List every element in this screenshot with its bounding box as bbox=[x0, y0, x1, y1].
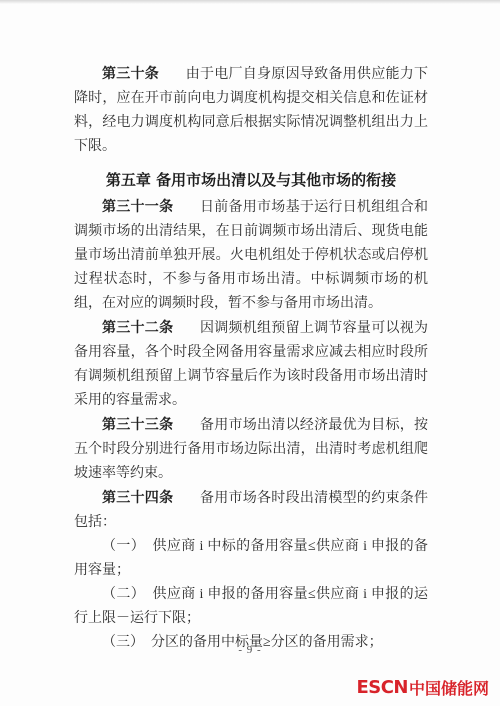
article-31-text: 日前备用市场基于运行日机组组合和调频市场的出清结果，在日前调频市场出清后、现货电… bbox=[74, 200, 428, 311]
chapter-5-heading: 第五章 备用市场出清以及与其他市场的衔接 bbox=[74, 168, 428, 192]
article-33-paragraph: 第三十三条备用市场出清以经济最优为目标，按五个时段分别进行备用市场边际出清，出清… bbox=[74, 413, 428, 486]
clause-item-2: （二） 供应商 i 申报的备用容量≤供应商 i 申报的运行上限－运行下限； bbox=[74, 583, 428, 631]
escn-logo: ESCN中国储能网 bbox=[356, 676, 489, 699]
page-number: - 9 - bbox=[0, 644, 500, 656]
document-page: 第三十条由于电厂自身原因导致备用供应能力下降时，应在开市前向电力调度机构提交相关… bbox=[0, 0, 500, 706]
article-33-number: 第三十三条 bbox=[102, 417, 173, 433]
article-32-number: 第三十二条 bbox=[102, 320, 173, 336]
article-30-number: 第三十条 bbox=[102, 66, 159, 82]
article-31-paragraph: 第三十一条日前备用市场基于运行日机组组合和调频市场的出清结果，在日前调频市场出清… bbox=[74, 195, 428, 316]
article-32-paragraph: 第三十二条因调频机组预留上调节容量可以视为备用容量，各个时段全网备用容量需求应减… bbox=[74, 316, 428, 413]
clause-item-1: （一） 供应商 i 中标的备用容量≤供应商 i 申报的备用容量； bbox=[74, 535, 428, 583]
article-30-paragraph: 第三十条由于电厂自身原因导致备用供应能力下降时，应在开市前向电力调度机构提交相关… bbox=[74, 62, 428, 159]
document-body: 第三十条由于电厂自身原因导致备用供应能力下降时，应在开市前向电力调度机构提交相关… bbox=[74, 62, 428, 655]
escn-logo-latin: ESCN bbox=[356, 677, 408, 698]
scan-edge bbox=[0, 0, 500, 4]
article-34-number: 第三十四条 bbox=[102, 490, 173, 506]
escn-logo-chinese: 中国储能网 bbox=[409, 679, 489, 698]
article-31-number: 第三十一条 bbox=[102, 199, 173, 215]
article-34-paragraph: 第三十四条备用市场各时段出清模型的约束条件包括： bbox=[74, 486, 428, 535]
